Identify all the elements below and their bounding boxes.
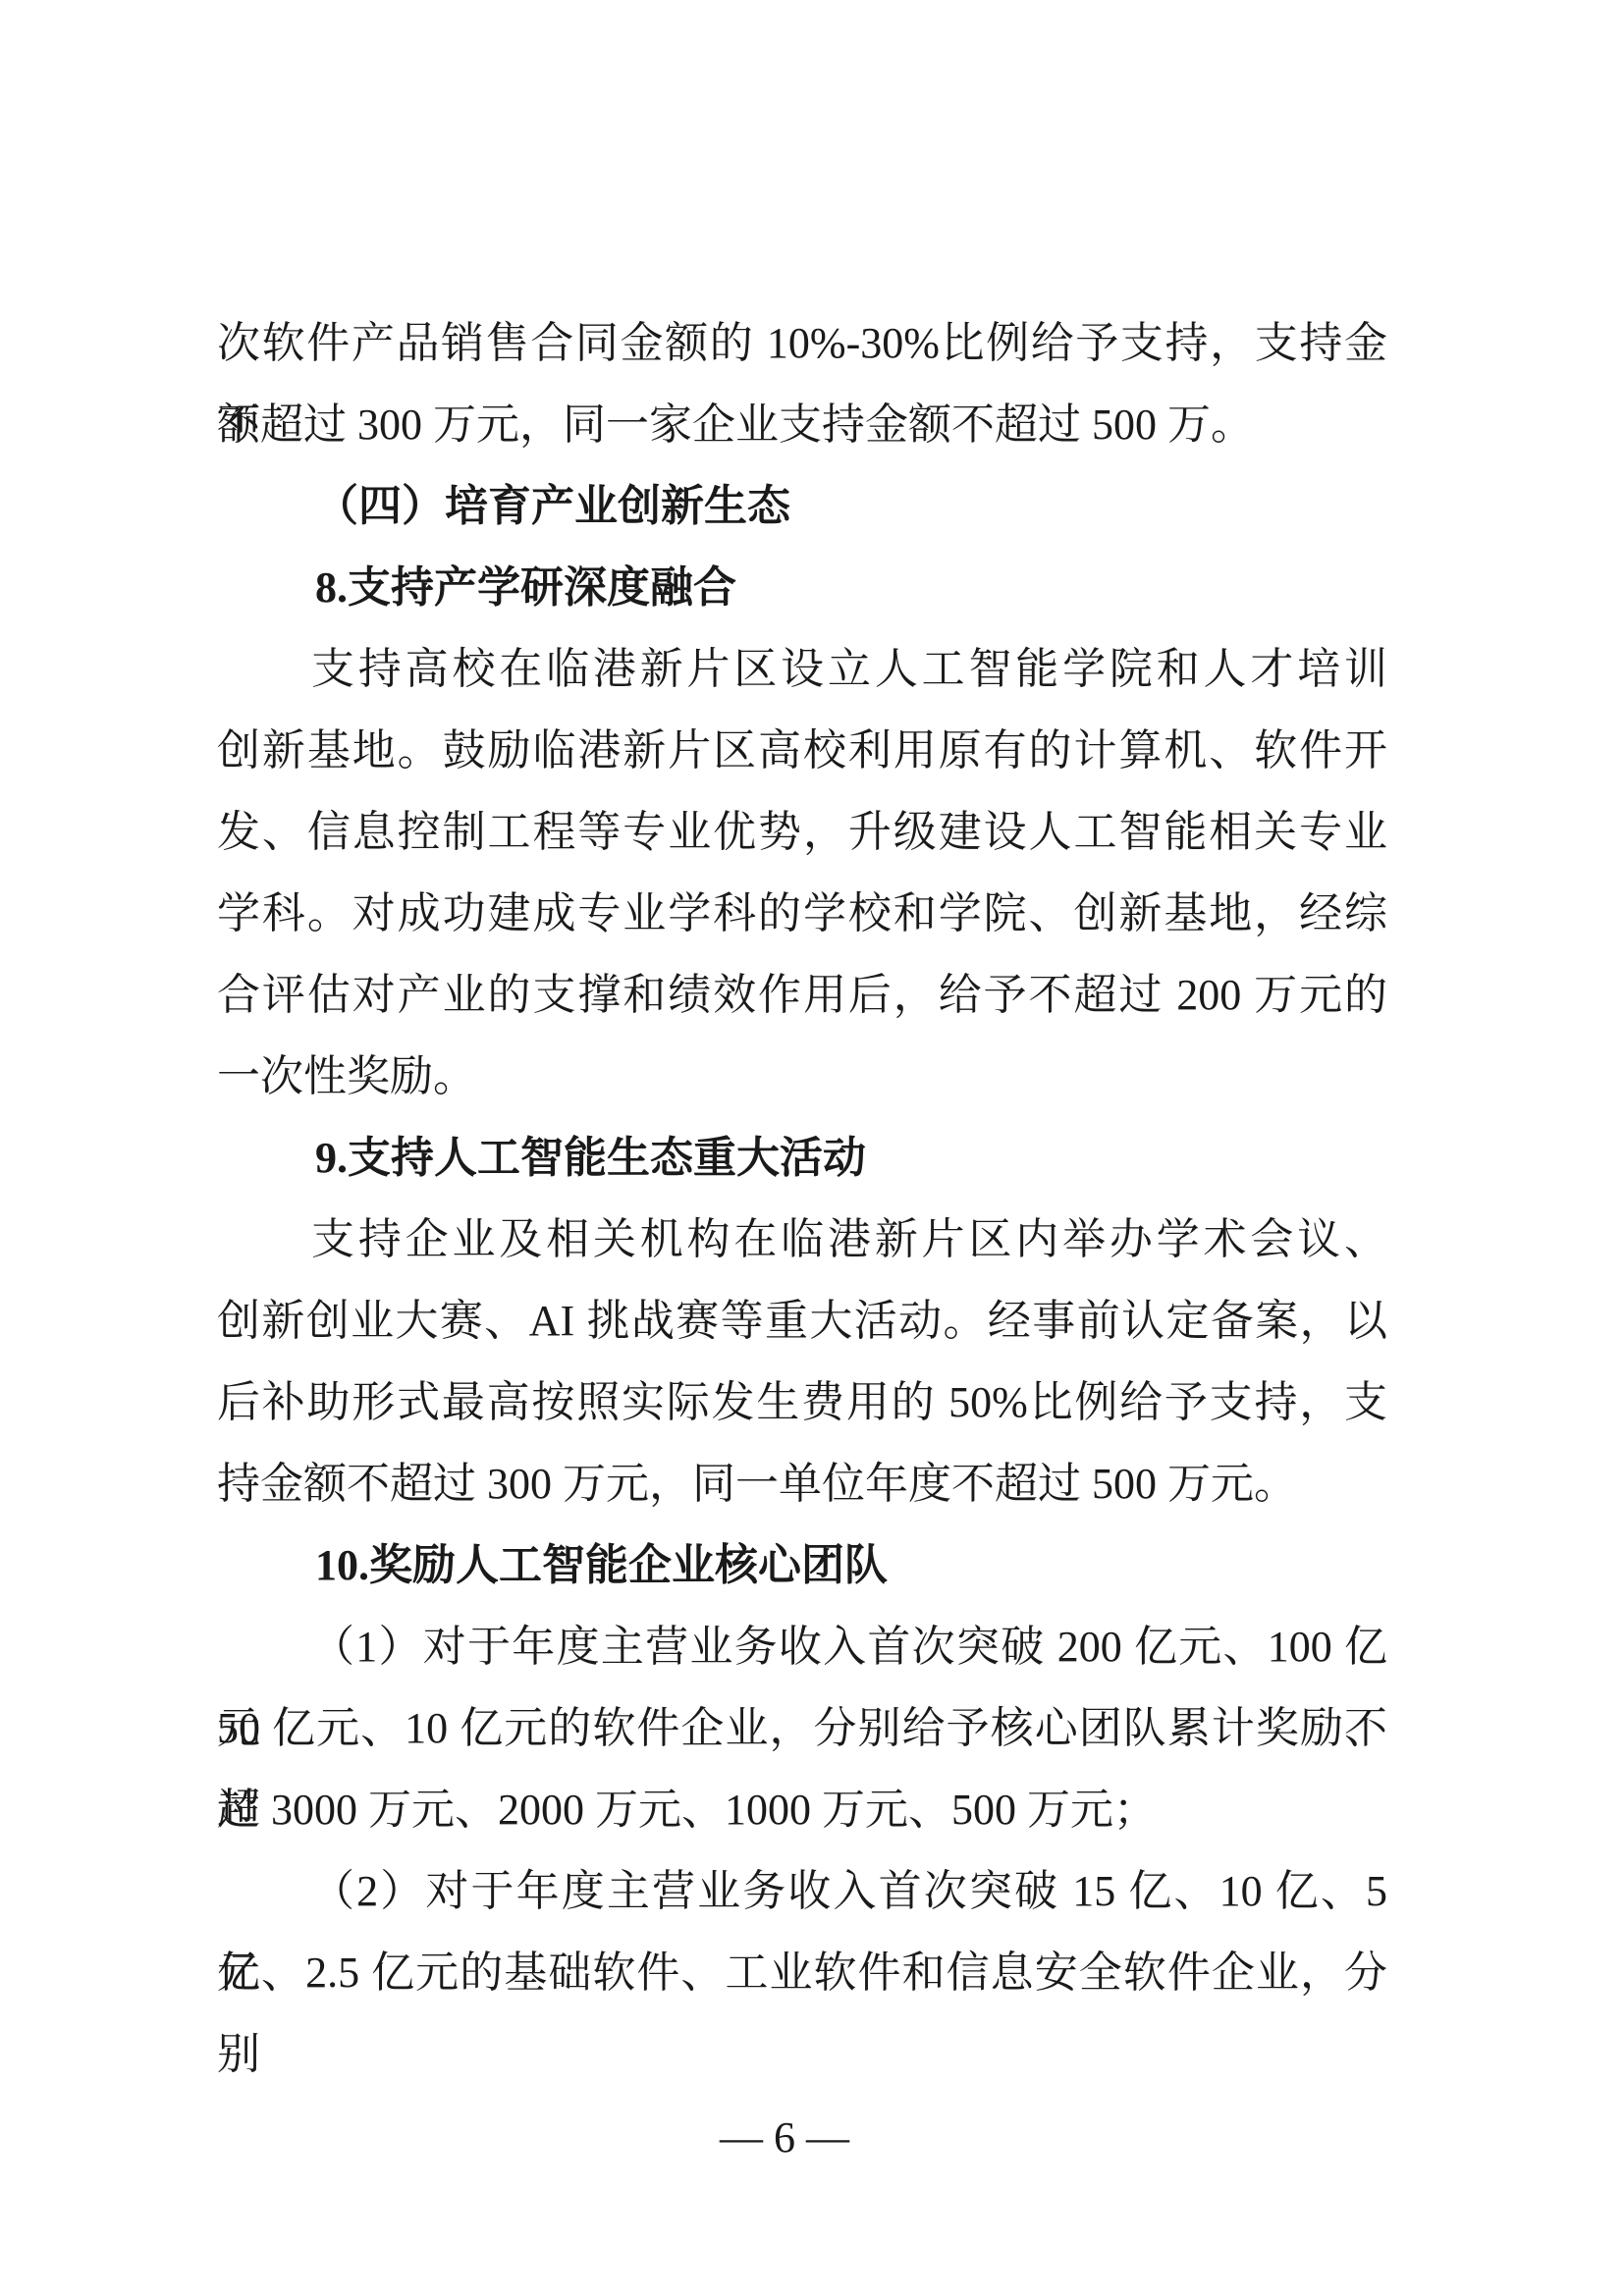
heading-line: 9.支持人工智能生态重大活动 <box>217 1117 1387 1199</box>
body-line: 创新创业大赛、AI 挑战赛等重大活动。经事前认定备案，以 <box>217 1280 1387 1362</box>
body-line: 次软件产品销售合同金额的 10%-30%比例给予支持，支持金额 <box>217 302 1387 384</box>
body-line: 元、2.5 亿元的基础软件、工业软件和信息安全软件企业，分别 <box>217 1932 1387 2013</box>
body-line: 不超过 300 万元，同一家企业支持金额不超过 500 万。 <box>217 384 1387 465</box>
page-number-footer: — 6 — <box>0 2110 1569 2165</box>
body-line: 合评估对产业的支撑和绩效作用后，给予不超过 200 万元的 <box>217 954 1387 1036</box>
body-line: 后补助形式最高按照实际发生费用的 50%比例给予支持，支 <box>217 1362 1387 1443</box>
body-line: 一次性奖励。 <box>217 1036 1387 1117</box>
page-number: — 6 — <box>720 2113 849 2162</box>
heading-line: 10.奖励人工智能企业核心团队 <box>217 1524 1387 1606</box>
body-line: 50 亿元、10 亿元的软件企业，分别给予核心团队累计奖励不超 <box>217 1687 1387 1769</box>
body-line: 支持企业及相关机构在临港新片区内举办学术会议、 <box>217 1199 1387 1280</box>
text-column: 次软件产品销售合同金额的 10%-30%比例给予支持，支持金额不超过 300 万… <box>217 302 1387 2013</box>
body-line: 过 3000 万元、2000 万元、1000 万元、500 万元； <box>217 1769 1387 1850</box>
body-line: 学科。对成功建成专业学科的学校和学院、创新基地，经综 <box>217 873 1387 954</box>
body-line: （1）对于年度主营业务收入首次突破 200 亿元、100 亿元、 <box>217 1606 1387 1687</box>
body-line: 创新基地。鼓励临港新片区高校利用原有的计算机、软件开 <box>217 710 1387 791</box>
heading-line: （四）培育产业创新生态 <box>217 465 1387 547</box>
heading-line: 8.支持产学研深度融合 <box>217 547 1387 628</box>
document-page: 次软件产品销售合同金额的 10%-30%比例给予支持，支持金额不超过 300 万… <box>0 0 1624 2296</box>
body-line: （2）对于年度主营业务收入首次突破 15 亿、10 亿、5 亿 <box>217 1850 1387 1932</box>
body-line: 发、信息控制工程等专业优势，升级建设人工智能相关专业 <box>217 791 1387 873</box>
body-line: 支持高校在临港新片区设立人工智能学院和人才培训 <box>217 628 1387 710</box>
body-line: 持金额不超过 300 万元，同一单位年度不超过 500 万元。 <box>217 1443 1387 1524</box>
